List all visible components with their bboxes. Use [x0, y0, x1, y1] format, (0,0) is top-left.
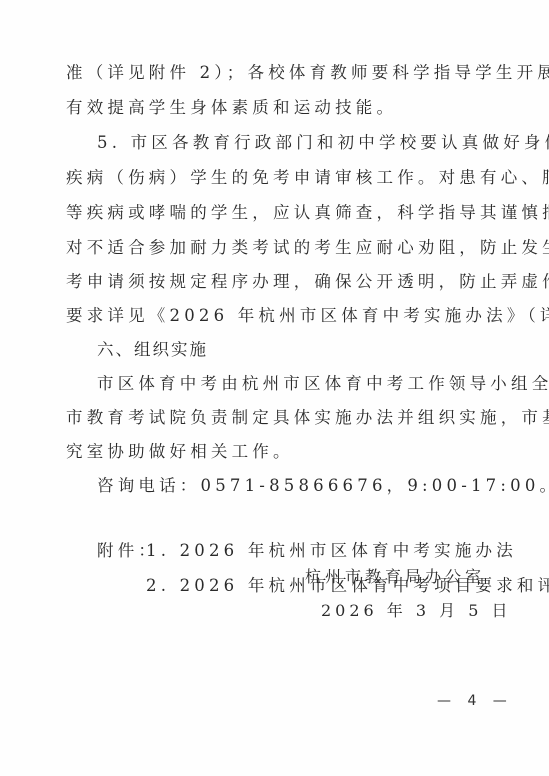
body-line: 对不适合参加耐力类考试的考生应耐心劝阻，防止发生意外。免	[66, 238, 549, 258]
contact-line: 咨询电话：0571-85866676，9:00-17:00。	[97, 476, 549, 496]
body-line: 考申请须按规定程序办理，确保公开透明，防止弄虚作假，具体	[66, 272, 549, 292]
body-line: 准（详见附件 2）；各校体育教师要科学指导学生开展日常锻炼，	[66, 63, 549, 83]
body-line: 5. 市区各教育行政部门和初中学校要认真做好身体残疾、患	[97, 133, 549, 153]
body-line: 要求详见《2026 年杭州市区体育中考实施办法》（详见附件 1）。	[66, 306, 549, 326]
body-line: 究室协助做好相关工作。	[66, 442, 294, 462]
section-heading: 六、组织实施	[97, 340, 208, 360]
body-line: 市区体育中考由杭州市区体育中考工作领导小组全面负责，	[97, 374, 549, 394]
page-number: — 4 —	[437, 693, 513, 709]
body-line: 等疾病或哮喘的学生，应认真筛查，科学指导其谨慎报名，特别	[66, 203, 549, 223]
document-page: 准（详见附件 2）；各校体育教师要科学指导学生开展日常锻炼， 有效提高学生身体素…	[0, 0, 549, 776]
body-line: 有效提高学生身体素质和运动技能。	[66, 98, 397, 118]
attachment-item: 1. 2026 年杭州市区体育中考实施办法	[146, 541, 517, 561]
signature-date: 2026 年 3 月 5 日	[321, 598, 512, 621]
body-line: 市教育考试院负责制定具体实施办法并组织实施，市基础教育研	[66, 408, 549, 428]
signature-org: 杭州市教育局办公室	[305, 564, 485, 587]
body-line: 疾病（伤病）学生的免考申请审核工作。对患有心、肺、肝、肾	[66, 168, 549, 188]
